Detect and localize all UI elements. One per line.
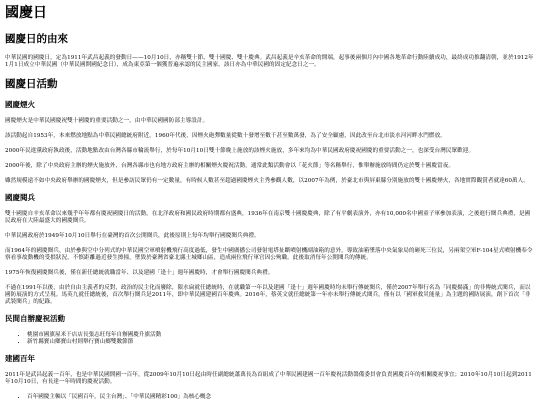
fireworks-paragraph: 雖然規模遠不如中央政府舉辦的國慶煙火，但是參訪民眾仍有一定數量，有時候人數甚至超… (5, 178, 535, 185)
page-title: 國慶日 (5, 4, 535, 22)
parade-paragraph: 1975年恢復國慶閱兵後，僅在新任總統就職當年、以及建國「逢十」週年國慶時，才會… (5, 270, 535, 277)
fireworks-paragraph: 2000年後，除了中央政府主辦的煙火施放外，台灣各縣市也有地方政府主辦的相關煙火… (5, 163, 535, 170)
section-heading-activities: 國慶日活動 (5, 77, 535, 91)
parade-paragraph: 而1964年的國慶閱兵，由於參與空中分列式的中華民國空軍噴射機飛行高度過低，發生… (5, 248, 535, 262)
list-item: 新竹縣寶山鄉寶山村則舉行寶山鄉雙數節節 (27, 339, 535, 346)
section-heading-centennial: 建國百年 (5, 354, 535, 364)
parade-paragraph: 中華民國政府於1949年10月10日舉行在臺灣的首次公開閱兵，此後原則上每年均舉… (5, 233, 535, 240)
subsection-heading-parade: 國慶閱兵 (5, 193, 535, 203)
list-item: 百年國慶主軸以「民國百年，民主台灣」、「中華民國精彩100」為核心概念 (27, 394, 535, 401)
centennial-paragraph: 2011年是武昌起義一百年，也是中華民國開國一百年，從2009年10月10日起由… (5, 372, 535, 386)
section-heading-origin: 國慶日的由來 (5, 32, 535, 46)
subsection-heading-private-celebrations: 民間自辦慶祝活動 (5, 314, 535, 324)
fireworks-paragraph: 該活動起自1953年，本來燃放地點為中華民國總統府附近。1960年代後，因煙火砲… (5, 133, 535, 140)
private-celebrations-list: 桃園市國旗屋米干店店長張志旺每年自辦國慶升旗活動 新竹縣寶山鄉寶山村則舉行寶山鄉… (5, 332, 535, 346)
subsection-heading-fireworks: 國慶煙火 (5, 100, 535, 110)
origin-paragraph: 中華民國的國慶日，定為1911年武昌起義的發動日——10月10日，亦稱雙十節、雙… (5, 55, 535, 69)
fireworks-paragraph: 國慶煙火是中華民國慶祝雙十國慶的重要活動之一，由中華民國國防部主導設計。 (5, 118, 535, 125)
parade-paragraph: 雙十國慶自辛亥革命以來幾乎年年都有慶祝國慶日的活動，在北洋政府和國民政府時期都有… (5, 211, 535, 225)
fireworks-paragraph: 2000年民進黨政府執政後，活動地點改由台灣各縣市輪流舉行，於每年10月10日雙… (5, 148, 535, 155)
list-item: 桃園市國旗屋米干店店長張志旺每年自辦國慶升旗活動 (27, 332, 535, 339)
centennial-list: 百年國慶主軸以「民國百年，民主台灣」、「中華民國精彩100」為核心概念 (5, 394, 535, 401)
parade-paragraph: 不過在1991年以後，由於自由主義者的反對，政治的民主化而廢除，限水扁就任總統時… (5, 285, 535, 306)
